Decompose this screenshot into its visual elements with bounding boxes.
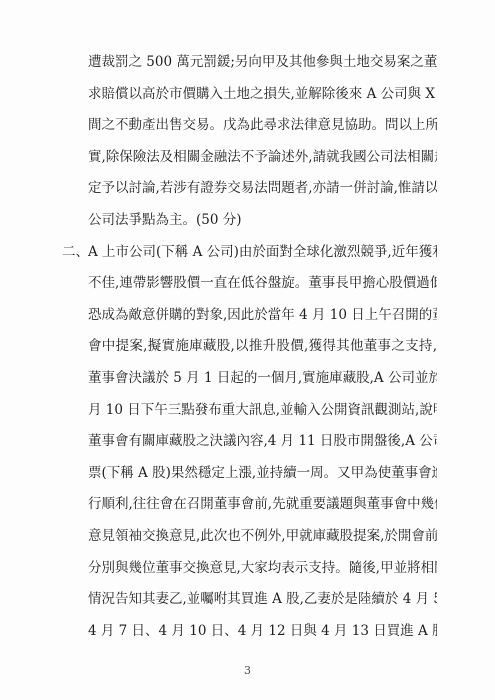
text-line: A 上市公司(下稱 A 公司)由於面對全球化激烈競爭,近年獲利: [88, 237, 437, 269]
question-number-marker: 二、: [62, 237, 89, 269]
text-line: 恐成為敵意併購的對象,因此於當年 4 月 10 日上午召開的董事: [88, 300, 437, 332]
text-line: 實,除保險法及相關金融法不予論述外,請就我國公司法相關規: [88, 142, 437, 174]
document-page: 遭裁罰之 500 萬元罰鍰;另向甲及其他參與土地交易案之董事請 求賠償以高於市價…: [0, 0, 495, 700]
page-number: 3: [0, 664, 495, 677]
text-line: 不佳,連帶影響股價一直在低谷盤旋。董事長甲擔心股價過低,: [88, 268, 437, 300]
text-line: 公司法爭點為主。(50 分): [88, 205, 437, 237]
text-line: 分別與幾位董事交換意見,大家均表示支持。隨後,甲並將相關: [88, 553, 437, 585]
paragraph-question-2: 二、 A 上市公司(下稱 A 公司)由於面對全球化激烈競爭,近年獲利 不佳,連帶…: [88, 237, 437, 648]
text-block: 遭裁罰之 500 萬元罰鍰;另向甲及其他參與土地交易案之董事請 求賠償以高於市價…: [88, 47, 437, 647]
text-line: 月 10 日下午三點發布重大訊息,並輸入公開資訊觀測站,說明: [88, 395, 437, 427]
text-line: 求賠償以高於市價購入土地之損失,並解除後來 A 公司與 X 公司: [88, 79, 437, 111]
text-line: 遭裁罰之 500 萬元罰鍰;另向甲及其他參與土地交易案之董事請: [88, 47, 437, 79]
text-line: 4 月 7 日、4 月 10 日、4 月 12 日與 4 月 13 日買進 A …: [88, 616, 437, 648]
text-line: 會中提案,擬實施庫藏股,以推升股價,獲得其他董事之支持,: [88, 331, 437, 363]
text-line: 情況告知其妻乙,並囑咐其買進 A 股,乙妻於是陸續於 4 月 5 日、: [88, 584, 437, 616]
text-line: 董事會有關庫藏股之決議內容,4 月 11 日股市開盤後,A 公司股: [88, 426, 437, 458]
text-line: 票(下稱 A 股)果然穩定上漲,並持續一周。又甲為使董事會進: [88, 458, 437, 490]
text-line: 意見領袖交換意見,此次也不例外,甲就庫藏股提案,於開會前,: [88, 521, 437, 553]
text-line: 間之不動產出售交易。戊為此尋求法律意見協助。問以上所述事: [88, 110, 437, 142]
text-line: 董事會決議於 5 月 1 日起的一個月,實施庫藏股,A 公司並於 4: [88, 363, 437, 395]
paragraph-question-1-continuation: 遭裁罰之 500 萬元罰鍰;另向甲及其他參與土地交易案之董事請 求賠償以高於市價…: [88, 47, 437, 237]
text-line: 定予以討論,若涉有證券交易法問題者,亦請一併討論,惟請以: [88, 173, 437, 205]
text-line: 行順利,往往會在召開董事會前,先就重要議題與董事會中幾位: [88, 489, 437, 521]
